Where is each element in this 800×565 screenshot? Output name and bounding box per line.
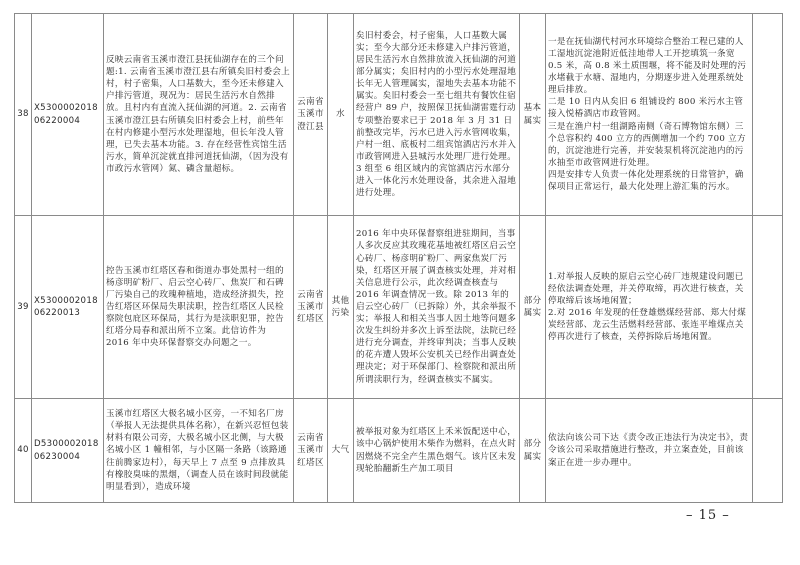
pollution-type: 大气 <box>328 399 354 503</box>
region: 云南省玉溪市红塔区 <box>294 216 328 399</box>
handling-item: 二是 10 日内从矣旧 6 组铺设约 800 米污水主管接入悦椿酒店市政管网。 <box>548 96 750 120</box>
investigation-result: 2016 年中央环保督察组进驻期间，当事人多次反应其玫瑰花基地被红塔区启云空心砖… <box>354 216 520 399</box>
pollution-type: 其他污染 <box>328 216 354 399</box>
remarks <box>753 216 783 399</box>
region: 云南省玉溪市红塔区 <box>294 399 328 503</box>
table-row: 39 X530000201806220013 控告玉溪市红塔区春和街道办事处黑村… <box>15 216 783 399</box>
remarks <box>753 399 783 503</box>
handling-item: 依法向该公司下达《责令改正违法行为决定书》，责令该公司采取措施进行整改，并立案查… <box>548 432 750 468</box>
row-index: 38 <box>15 14 32 216</box>
complaint-text: 反映云南省玉溪市澄江县抚仙湖存在的三个问题:1. 云南省玉溪市澄江县右所镇矣旧村… <box>104 14 294 216</box>
case-code: X530000201806220004 <box>32 14 104 216</box>
table-row: 38 X530000201806220004 反映云南省玉溪市澄江县抚仙湖存在的… <box>15 14 783 216</box>
handling-measures: 一是在抚仙湖代村河水环境综合整治工程已建的人工湿地沉淀池附近低洼地带人工开挖填筑… <box>546 14 753 216</box>
handling-item: 一是在抚仙湖代村河水环境综合整治工程已建的人工湿地沉淀池附近低洼地带人工开挖填筑… <box>548 36 750 96</box>
region: 云南省玉溪市澄江县 <box>294 14 328 216</box>
complaint-text: 控告玉溪市红塔区春和街道办事处黑村一组的杨彦明矿粉厂、启云空心砖厂、焦炭厂和石碑… <box>104 216 294 399</box>
pollution-type: 水 <box>328 14 354 216</box>
verdict: 部分属实 <box>520 399 546 503</box>
handling-item: 1.对举报人反映的原启云空心砖厂违规建设问题已经依法调查处理，并关停取缔，再次进… <box>548 271 750 307</box>
investigation-result: 矣旧村委会，村子密集，人口基数大属实；至今大部分还未修建入户排污管道，居民生活污… <box>354 14 520 216</box>
row-index: 39 <box>15 216 32 399</box>
page-number: – 15 – <box>686 508 730 523</box>
handling-item: 三是在渔户村一组湖路南侧（奇石博物馆东侧）三个总容积约 400 立方的西侧增加一… <box>548 121 750 169</box>
handling-item: 四是安排专人负责一体化处理系统的日常管护，确保项目正常运行，最大化处理上游汇集的… <box>548 169 750 193</box>
handling-measures: 1.对举报人反映的原启云空心砖厂违规建设问题已经依法调查处理，并关停取缔，再次进… <box>546 216 753 399</box>
complaint-text: 玉溪市红塔区大极名城小区旁，一不知名厂房（举报人无法提供具体名称），在新兴忍恒包… <box>104 399 294 503</box>
investigation-result: 被举报对象为红塔区上禾米饭配送中心，该中心锅炉使用木柴作为燃料，在点火时因燃烧不… <box>354 399 520 503</box>
verdict: 部分属实 <box>520 216 546 399</box>
complaint-table: 38 X530000201806220004 反映云南省玉溪市澄江县抚仙湖存在的… <box>14 13 783 503</box>
table-row: 40 D530000201806230004 玉溪市红塔区大极名城小区旁，一不知… <box>15 399 783 503</box>
remarks <box>753 14 783 216</box>
case-code: D530000201806230004 <box>32 399 104 503</box>
row-index: 40 <box>15 399 32 503</box>
verdict: 基本属实 <box>520 14 546 216</box>
handling-item: 2.对 2016 年发现的任登雄燃煤经营部、郑大付煤炭经营部、龙云生活燃料经营部… <box>548 307 750 343</box>
handling-measures: 依法向该公司下达《责令改正违法行为决定书》，责令该公司采取措施进行整改，并立案查… <box>546 399 753 503</box>
case-code: X530000201806220013 <box>32 216 104 399</box>
